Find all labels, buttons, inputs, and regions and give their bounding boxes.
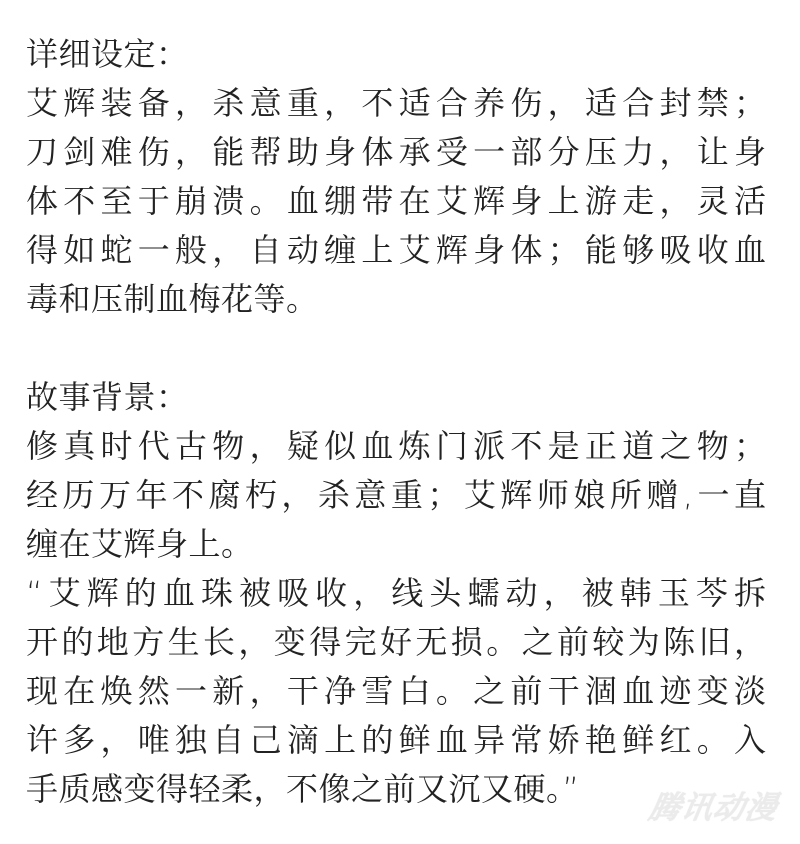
text-line: “艾辉的血珠被吸收，线头蠕动，被韩玉芩拆 [26, 569, 766, 618]
blank-line [26, 324, 766, 373]
text-line: 缠在艾辉身上。 [26, 520, 766, 569]
text-line: 得如蛇一般，自动缠上艾辉身体；能够吸收血 [26, 226, 766, 275]
text-line: 现在焕然一新，干净雪白。之前干涸血迹变淡 [26, 667, 766, 716]
text-line: 许多，唯独自己滴上的鲜血异常娇艳鲜红。入 [26, 716, 766, 765]
text-line: 艾辉装备，杀意重，不适合养伤，适合封禁； [26, 79, 766, 128]
tencent-comics-watermark: 腾讯动漫 [646, 782, 782, 827]
section-title-detail: 详细设定： [26, 30, 766, 79]
section-title-background: 故事背景： [26, 373, 766, 422]
text-line: 体不至于崩溃。血绷带在艾辉身上游走，灵活 [26, 177, 766, 226]
text-line: 修真时代古物，疑似血炼门派不是正道之物； [26, 422, 766, 471]
text-line: 毒和压制血梅花等。 [26, 275, 766, 324]
text-line: 经历万年不腐朽，杀意重；艾辉师娘所赠,一直 [26, 471, 766, 520]
text-line: 开的地方生长，变得完好无损。之前较为陈旧， [26, 618, 766, 667]
article-text: 详细设定： 艾辉装备，杀意重，不适合养伤，适合封禁； 刀剑难伤，能帮助身体承受一… [0, 0, 800, 814]
text-line: 刀剑难伤，能帮助身体承受一部分压力，让身 [26, 128, 766, 177]
